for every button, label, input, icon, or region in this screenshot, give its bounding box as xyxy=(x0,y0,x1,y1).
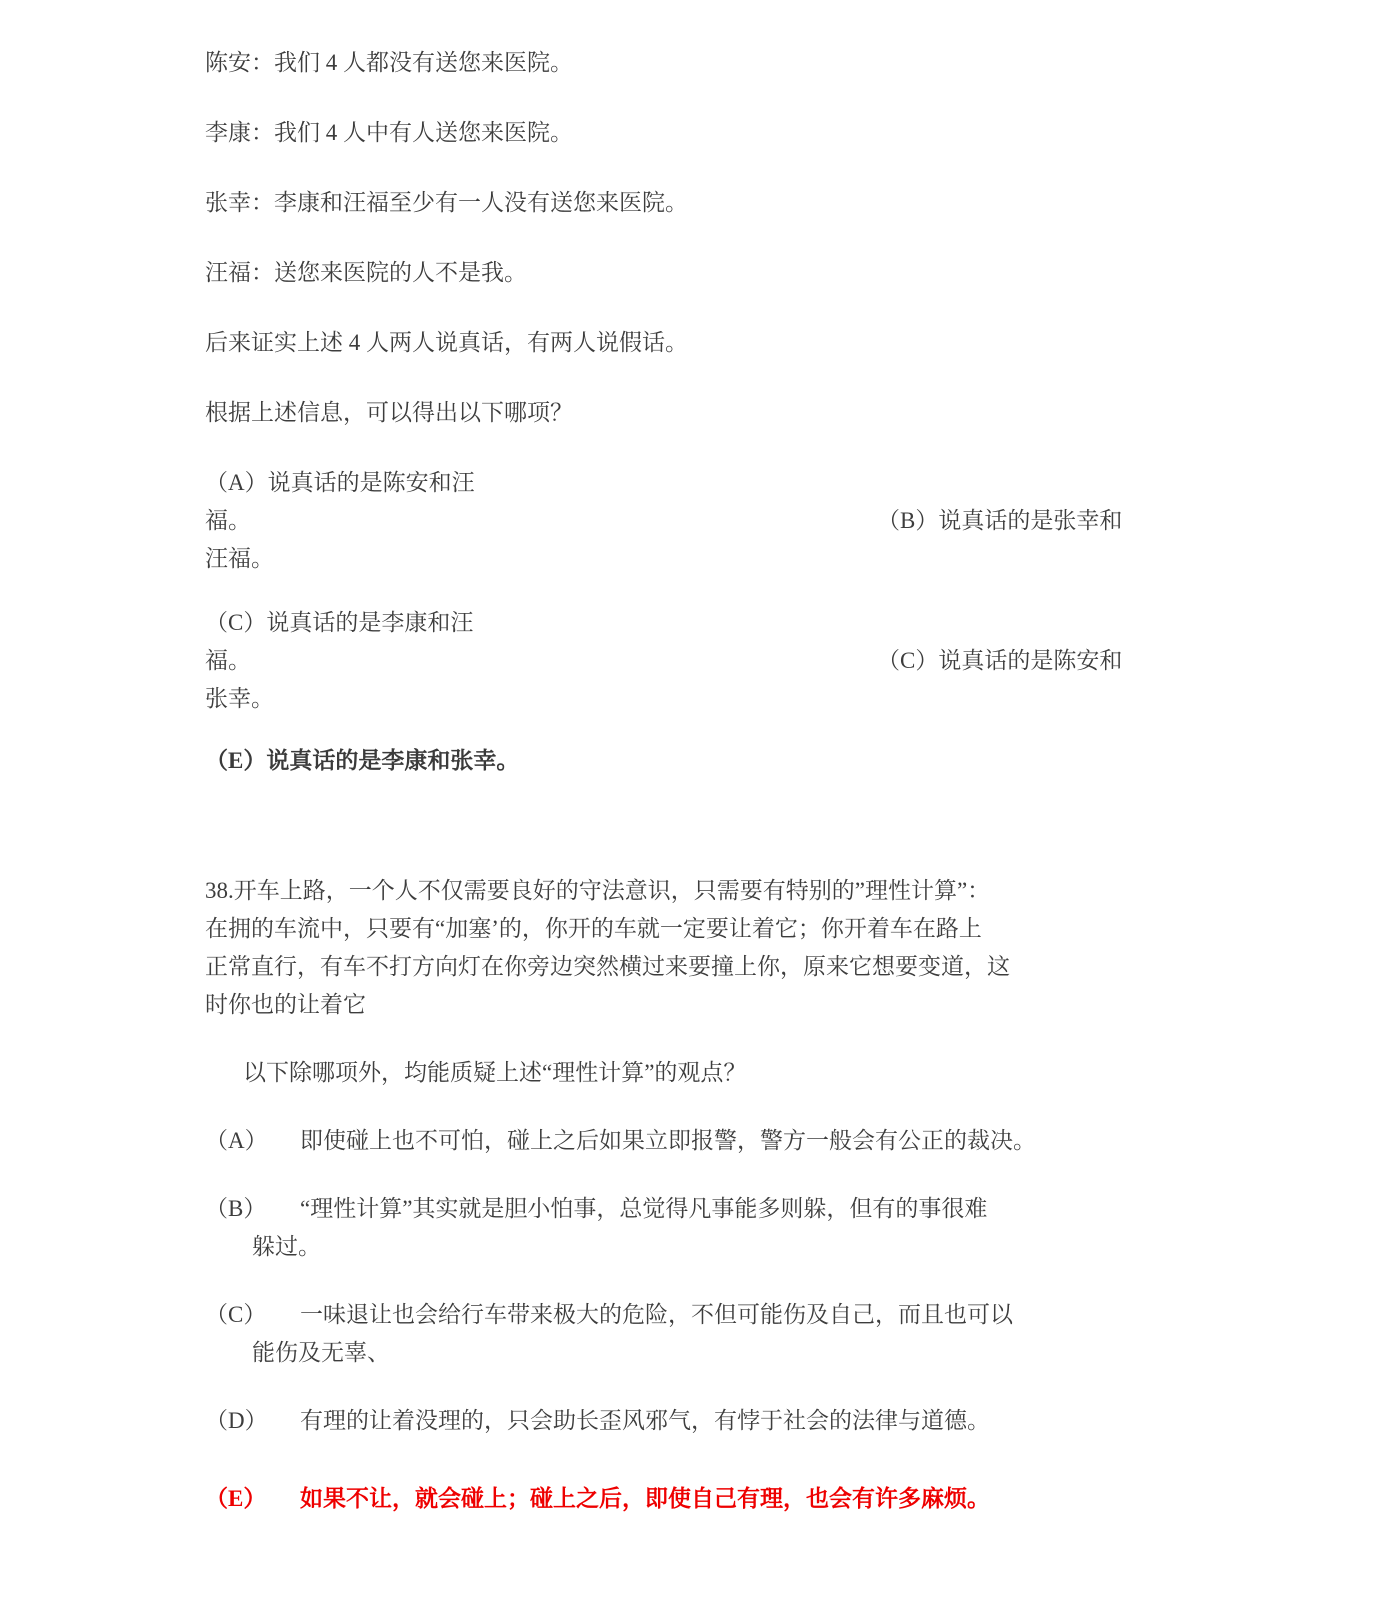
q37-option-c-line2: 福。 xyxy=(205,648,251,673)
q38-option-c-text-line1: 一味退让也会给行车带来极大的危险，不但可能伤及自己，而且也可以 xyxy=(300,1302,1013,1327)
q38-stem-line: 38.开车上路，一个人不仅需要良好的守法意识，只需要有特别的”理性计算”： xyxy=(205,872,1205,910)
document-page: 陈安：我们 4 人都没有送您来医院。 李康：我们 4 人中有人送您来医院。 张幸… xyxy=(0,0,1400,1608)
q37-option-c-line2-row: 福。 （C）说真话的是陈安和 xyxy=(205,642,1205,680)
q38-option-e-answer: （E）如果不让，就会碰上；碰上之后，即使自己有理，也会有许多麻烦。 xyxy=(205,1480,1205,1518)
q37-option-c-right: （C）说真话的是陈安和 xyxy=(877,642,1122,680)
q37-option-c-line3: 张幸。 xyxy=(205,680,1205,718)
q37-statement-chenan: 陈安：我们 4 人都没有送您来医院。 xyxy=(205,44,1205,81)
q37-option-a-line2: 福。 xyxy=(205,508,251,533)
q37-statement-wangfu: 汪福：送您来医院的人不是我。 xyxy=(205,254,1205,291)
q38-option-b: （B）“理性计算”其实就是胆小怕事，总觉得凡事能多则躲，但有的事很难 躲过。 xyxy=(205,1190,1205,1266)
q38-option-a: （A）即使碰上也不可怕，碰上之后如果立即报警，警方一般会有公正的裁决。 xyxy=(205,1122,1205,1160)
q38-question-line: 以下除哪项外，均能质疑上述“理性计算”的观点？ xyxy=(205,1054,1205,1092)
q37-option-a-line1: （A）说真话的是陈安和汪 xyxy=(205,464,1205,502)
q38-option-b-label: （B） xyxy=(205,1190,300,1228)
q37-option-block-ab: （A）说真话的是陈安和汪 福。 （B）说真话的是张幸和 汪福。 xyxy=(205,464,1205,578)
q37-option-a-line2-row: 福。 （B）说真话的是张幸和 xyxy=(205,502,1205,540)
q38-option-a-text: 即使碰上也不可怕，碰上之后如果立即报警，警方一般会有公正的裁决。 xyxy=(300,1128,1036,1153)
q38-stem-line: 正常直行，有车不打方向灯在你旁边突然横过来要撞上你，原来它想要变道，这 xyxy=(205,948,1205,986)
q38-option-d-label: （D） xyxy=(205,1402,300,1440)
q38-stem-line: 时你也的让着它 xyxy=(205,986,1205,1024)
q38-option-b-text-line1: “理性计算”其实就是胆小怕事，总觉得凡事能多则躲，但有的事很难 xyxy=(300,1196,987,1221)
q38-option-d: （D）有理的让着没理的，只会助长歪风邪气，有悖于社会的法律与道德。 xyxy=(205,1402,1205,1440)
q37-statement-zhangxing: 张幸：李康和汪福至少有一人没有送您来医院。 xyxy=(205,184,1205,221)
q37-option-a-line3: 汪福。 xyxy=(205,540,1205,578)
q38-option-e-text: 如果不让，就会碰上；碰上之后，即使自己有理，也会有许多麻烦。 xyxy=(300,1486,990,1511)
q38-option-c-text-line2: 能伤及无辜、 xyxy=(205,1334,1205,1372)
q38-option-c: （C）一味退让也会给行车带来极大的危险，不但可能伤及自己，而且也可以 能伤及无辜… xyxy=(205,1296,1205,1372)
q37-option-b: （B）说真话的是张幸和 xyxy=(877,502,1122,540)
q37-option-c-line1: （C）说真话的是李康和汪 xyxy=(205,604,1205,642)
q37-question-line: 根据上述信息，可以得出以下哪项？ xyxy=(205,394,1205,431)
q38-option-b-text-line2: 躲过。 xyxy=(205,1228,1205,1266)
q37-option-e: （E）说真话的是李康和张幸。 xyxy=(205,742,1205,780)
q37-option-block-cd: （C）说真话的是李康和汪 福。 （C）说真话的是陈安和 张幸。 xyxy=(205,604,1205,718)
q38-option-d-text: 有理的让着没理的，只会助长歪风邪气，有悖于社会的法律与道德。 xyxy=(300,1408,990,1433)
q37-statement-likang: 李康：我们 4 人中有人送您来医院。 xyxy=(205,114,1205,151)
q38-stem: 38.开车上路，一个人不仅需要良好的守法意识，只需要有特别的”理性计算”： 在拥… xyxy=(205,872,1205,1024)
q38-option-c-label: （C） xyxy=(205,1296,300,1334)
q37-statement-truth-count: 后来证实上述 4 人两人说真话，有两人说假话。 xyxy=(205,324,1205,361)
q38-option-e-label: （E） xyxy=(205,1480,300,1518)
q38-stem-line: 在拥的车流中，只要有“加塞’的，你开的车就一定要让着它；你开着车在路上 xyxy=(205,910,1205,948)
q38-option-a-label: （A） xyxy=(205,1122,300,1160)
